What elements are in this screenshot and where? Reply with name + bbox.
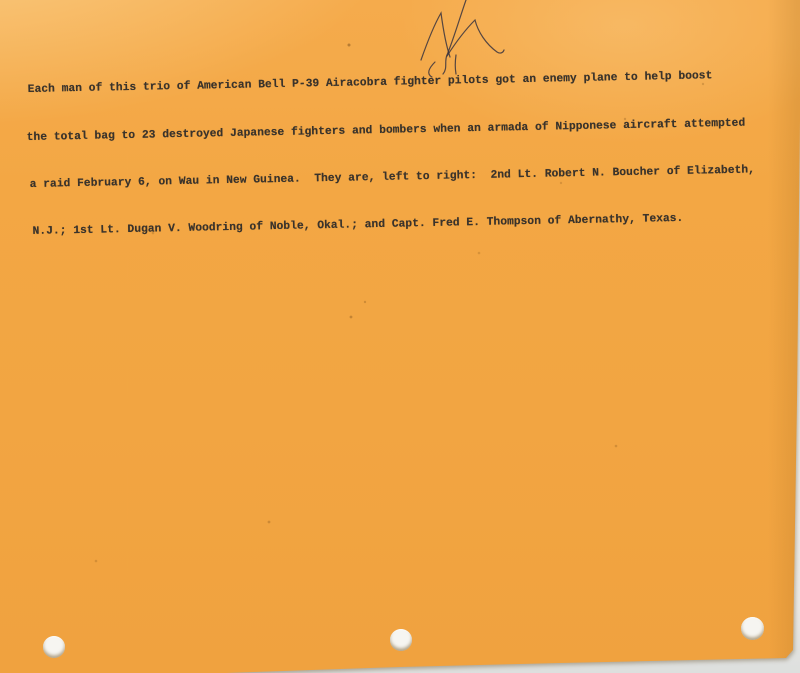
- caption-line-4: N.J.; 1st Lt. Dugan V. Woodring of Noble…: [32, 210, 756, 240]
- punch-hole-center: [390, 629, 412, 651]
- caption-line-3: a raid February 6, on Wau in New Guinea.…: [30, 163, 756, 193]
- punch-hole-right: [741, 617, 764, 640]
- caption-line-2: the total bag to 23 destroyed Japanese f…: [27, 116, 755, 146]
- caption-line-1: Each man of this trio of American Bell P…: [28, 69, 754, 99]
- punch-hole-left: [43, 636, 65, 658]
- typed-caption-block: Each man of this trio of American Bell P…: [27, 37, 757, 271]
- scanned-caption-card: Each man of this trio of American Bell P…: [0, 0, 800, 673]
- paper-speckles: [0, 0, 2, 2]
